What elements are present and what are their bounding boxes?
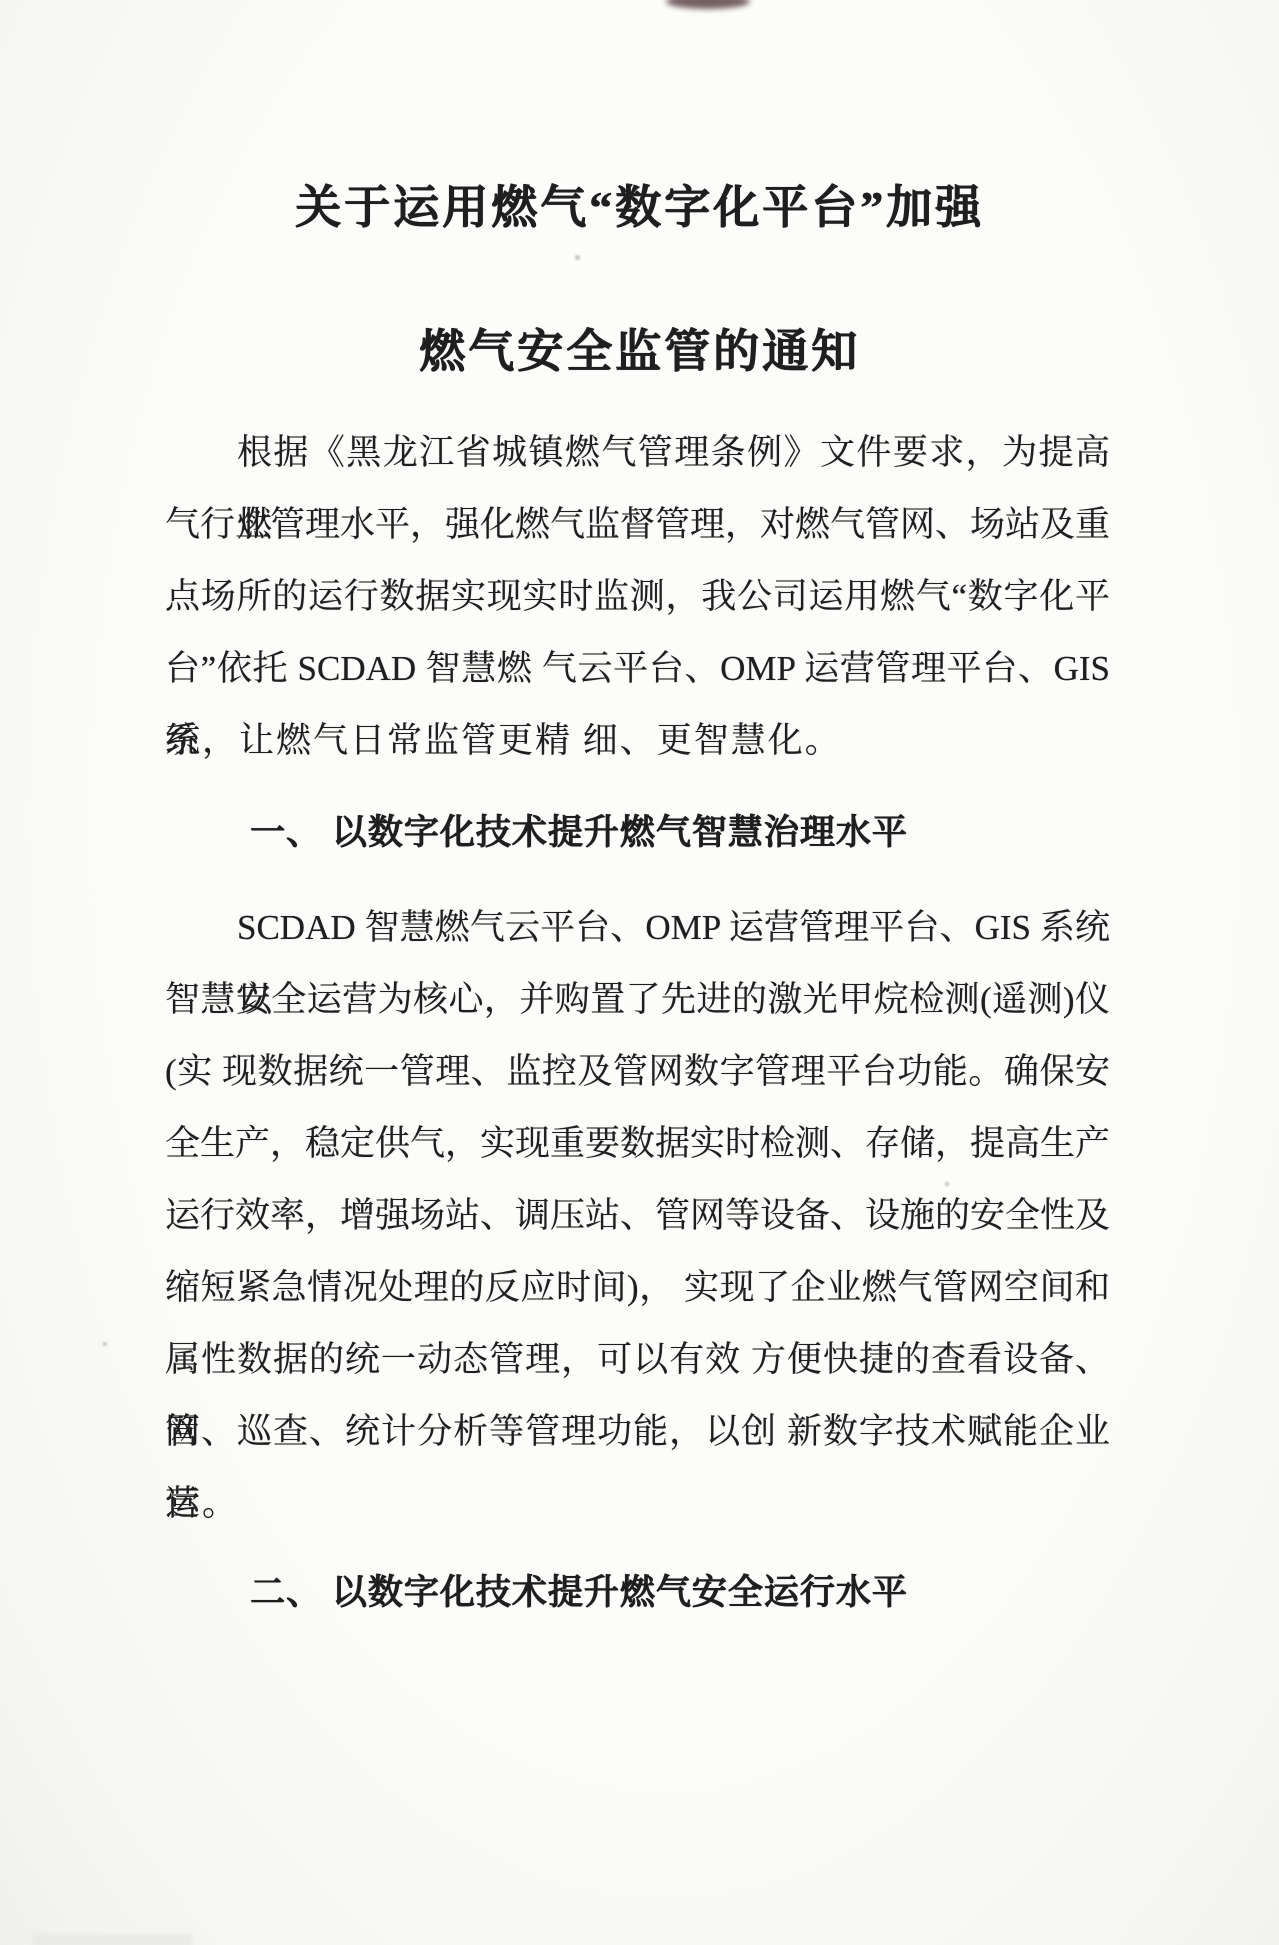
text-line: 缩短紧急情况处理的反应时间)， 实现了企业燃气管网空间和 [165,1252,1110,1324]
text-line: 点场所的运行数据实现实时监测，我公司运用燃气“数字化平 [165,561,1110,633]
paragraph-2: SCDAD 智慧燃气云平台、OMP 运营管理平台、GIS 系统以 智慧安全运营为… [165,892,1110,1540]
text-line: 网、巡查、统计分析等管理功能，以创 新数字技术赋能企业运 [165,1396,1110,1468]
scan-speck [103,1342,107,1346]
scanned-document-page: 关于运用燃气“数字化平台”加强 燃气安全监管的通知 根据《黑龙江省城镇燃气管理条… [0,0,1279,1945]
scan-speck [575,255,580,260]
scan-artifact-top-smudge [666,0,750,9]
text-line: (实 现数据统一管理、监控及管网数字管理平台功能。确保安 [165,1036,1110,1108]
text-line: 属性数据的统一动态管理，可以有效 方便快捷的查看设备、管 [165,1324,1110,1396]
paragraph-1: 根据《黑龙江省城镇燃气管理条例》文件要求，为提高燃 气行业管理水平，强化燃气监督… [165,417,1110,777]
section-heading-1: 一、 以数字化技术提升燃气智慧治理水平 [250,797,908,869]
scan-artifact-bottom-band [32,1934,192,1945]
text-line: 根据《黑龙江省城镇燃气管理条例》文件要求，为提高燃 [165,417,1110,489]
document-title-line-1: 关于运用燃气“数字化平台”加强 [0,172,1279,244]
section-heading-2: 二、 以数字化技术提升燃气安全运行水平 [250,1557,908,1629]
text-line: SCDAD 智慧燃气云平台、OMP 运营管理平台、GIS 系统以 [165,892,1110,964]
text-line: 全生产，稳定供气，实现重要数据实时检测、存储，提高生产 [165,1108,1110,1180]
text-line: 台”依托 SCDAD 智慧燃 气云平台、OMP 运营管理平台、GIS 系 [165,633,1110,705]
document-title-line-2: 燃气安全监管的通知 [0,316,1279,388]
text-line: 营。 [165,1468,1110,1540]
text-line: 统，让燃气日常监管更精 细、更智慧化。 [165,705,1110,777]
text-line: 智慧安全运营为核心，并购置了先进的激光甲烷检测(遥测)仪 [165,964,1110,1036]
text-line: 运行效率，增强场站、调压站、管网等设备、设施的安全性及 [165,1180,1110,1252]
text-line: 气行业管理水平，强化燃气监督管理，对燃气管网、场站及重 [165,489,1110,561]
